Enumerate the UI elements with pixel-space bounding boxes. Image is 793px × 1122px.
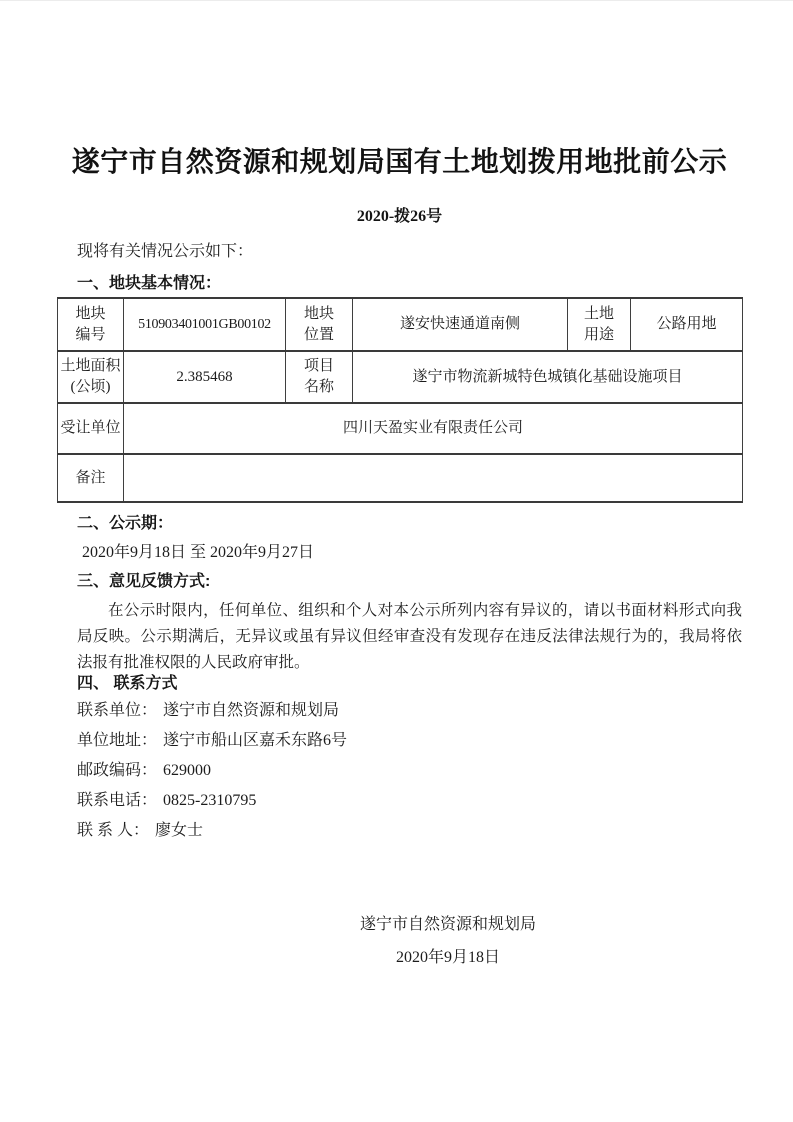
project-name-label: 项目 名称: [286, 351, 353, 403]
contact-postcode-label: 邮政编码：: [77, 762, 157, 779]
intro-text: 现将有关情况公示如下：: [77, 242, 742, 261]
parcel-location-value: 遂安快速通道南侧: [353, 298, 568, 351]
page-title: 遂宁市自然资源和规划局国有土地划拨用地批前公示: [57, 147, 742, 179]
grantee-value: 四川天盈实业有限责任公司: [124, 403, 743, 454]
contact-address-label: 单位地址：: [77, 732, 157, 749]
land-area-value: 2.385468: [124, 351, 286, 403]
signature-organization: 遂宁市自然资源和规划局: [360, 915, 536, 934]
land-use-label: 土地 用途: [568, 298, 631, 351]
contact-unit-value: 遂宁市自然资源和规划局: [163, 702, 339, 719]
contact-list: 联系单位：遂宁市自然资源和规划局 单位地址：遂宁市船山区嘉禾东路6号 邮政编码：…: [77, 701, 742, 840]
contact-person-label: 联 系 人：: [77, 822, 149, 839]
contact-phone-label: 联系电话：: [77, 792, 157, 809]
parcel-id-value: 510903401001GB00102: [124, 298, 286, 351]
parcel-location-label: 地块 位置: [286, 298, 353, 351]
parcel-id-label: 地块 编号: [58, 298, 124, 351]
signature-date: 2020年9月18日: [360, 948, 536, 967]
publicity-period-dates: 2020年9月18日 至 2020年9月27日: [82, 543, 742, 562]
contact-unit-line: 联系单位：遂宁市自然资源和规划局: [77, 701, 742, 720]
contact-person-value: 廖女士: [155, 822, 203, 839]
land-use-value: 公路用地: [631, 298, 743, 351]
table-row: 土地面积 (公顷) 2.385468 项目 名称 遂宁市物流新城特色城镇化基础设…: [58, 351, 743, 403]
contact-postcode-line: 邮政编码：629000: [77, 761, 742, 780]
signature-block: 遂宁市自然资源和规划局 2020年9月18日: [360, 915, 536, 967]
contact-address-value: 遂宁市船山区嘉禾东路6号: [163, 732, 347, 749]
feedback-paragraph: 在公示时限内，任何单位、组织和个人对本公示所列内容有异议的，请以书面材料形式向我…: [77, 598, 742, 676]
table-row: 备注: [58, 454, 743, 502]
remarks-label: 备注: [58, 454, 124, 502]
contact-address-line: 单位地址：遂宁市船山区嘉禾东路6号: [77, 731, 742, 750]
contact-person-line: 联 系 人：廖女士: [77, 821, 742, 840]
document-number: 2020-拨26号: [57, 207, 742, 226]
remarks-value: [124, 454, 743, 502]
contact-phone-value: 0825-2310795: [163, 792, 256, 809]
contact-postcode-value: 629000: [163, 762, 211, 779]
land-area-label: 土地面积 (公顷): [58, 351, 124, 403]
project-name-value: 遂宁市物流新城特色城镇化基础设施项目: [353, 351, 743, 403]
table-row: 受让单位 四川天盈实业有限责任公司: [58, 403, 743, 454]
contact-unit-label: 联系单位：: [77, 702, 157, 719]
section-heading-feedback: 三、意见反馈方式:: [77, 572, 742, 591]
table-row: 地块 编号 510903401001GB00102 地块 位置 遂安快速通道南侧…: [58, 298, 743, 351]
land-parcel-table: 地块 编号 510903401001GB00102 地块 位置 遂安快速通道南侧…: [57, 297, 743, 503]
section-heading-contact: 四、 联系方式: [77, 674, 742, 693]
grantee-label: 受让单位: [58, 403, 124, 454]
contact-phone-line: 联系电话：0825-2310795: [77, 791, 742, 810]
section-heading-publicity-period: 二、公示期：: [77, 514, 742, 533]
notice-document-page: 遂宁市自然资源和规划局国有土地划拨用地批前公示 2020-拨26号 现将有关情况…: [0, 0, 793, 1122]
section-heading-parcel-info: 一、地块基本情况：: [77, 274, 742, 293]
